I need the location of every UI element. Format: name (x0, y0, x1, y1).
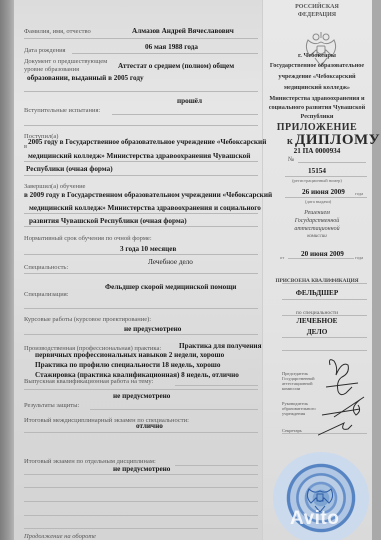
diploma-number: 21 ПА 0000934 (262, 147, 372, 155)
final-exam-value: отлично (136, 422, 163, 430)
divider (24, 501, 258, 502)
decision-date-suffix: года (355, 254, 363, 262)
coursework-label: Курсовые работы (курсовое проектирование… (24, 316, 151, 324)
decision-from: от (280, 254, 284, 262)
issue-date-caption: (дата выдачи) (305, 198, 331, 206)
institution-line-2: учреждение «Чебоксарский (262, 73, 372, 81)
specialty-value-right-1: ЛЕЧЕБНОЕ (262, 317, 372, 325)
divider (24, 308, 258, 309)
specialty-label: Специальность: (24, 264, 68, 272)
practice-value-1: Практика для получения (179, 342, 261, 350)
divider (24, 91, 258, 92)
practice-value-2: первичных профессиональных навыков 2 нед… (35, 351, 224, 359)
divider (24, 432, 258, 433)
divider (288, 258, 354, 259)
divider (282, 350, 367, 351)
city: г. Чебоксары (262, 52, 372, 60)
entrance-label: Вступительные испытания: (24, 107, 100, 115)
decision-date: 20 июня 2009 (301, 250, 344, 258)
divider (24, 334, 258, 335)
avito-watermark: Avito (290, 508, 339, 530)
head-line-3: учреждения (282, 411, 305, 416)
divider (175, 385, 258, 386)
enrolled-prefix: в (24, 143, 27, 151)
divider (72, 53, 258, 54)
number-sign: № (288, 156, 294, 164)
issue-date: 26 июня 2009 (302, 188, 345, 196)
decision-line-2: Государственной (262, 217, 372, 225)
full-name-value: Алмазов Андрей Вячеславович (132, 27, 234, 35)
reg-number: 15154 (262, 167, 372, 175)
divider (24, 125, 258, 126)
enrolled-value-1: 2005 году в Государственное образователь… (28, 138, 266, 146)
institution-line-4: Министерства здравоохранения и (262, 95, 372, 103)
divider (24, 213, 258, 214)
duration-label: Нормативный срок обучения по очной форме… (24, 235, 152, 243)
country-line-2: ФЕДЕРАЦИЯ (287, 11, 347, 19)
chair-line-4: комиссии (282, 386, 300, 391)
specialization-value: Фельдшер скорой медицинской помощи (105, 283, 236, 291)
reg-number-caption: (регистрационный номер) (262, 177, 372, 185)
decision-line-4: комиссии (262, 233, 372, 241)
divider (90, 409, 258, 410)
book-binding (0, 0, 14, 540)
divider (24, 487, 258, 488)
specialization-label: Специализация: (24, 291, 69, 299)
institution-line-5: социального развития Чувашской (262, 104, 372, 112)
divider (24, 528, 258, 529)
prior-doc-label-2: уровне образования (24, 66, 79, 74)
completed-value-1: в 2009 году в Государственном образовате… (24, 191, 272, 199)
institution-line-1: Государственное образовательное (262, 62, 372, 70)
divider (175, 465, 258, 466)
defense-label: Результаты защиты: (24, 402, 79, 410)
institution-line-3: медицинский колледж» (262, 84, 372, 92)
prior-doc-value-1: Аттестат о среднем (полном) общем (118, 62, 234, 70)
thesis-label: Выпускная квалификационная работа на тем… (24, 378, 153, 386)
separate-exam-value: не предусмотрено (113, 465, 170, 473)
decision-line-1: Решением (262, 209, 372, 217)
specialty-value: Лечебное дело (148, 258, 193, 266)
divider (24, 254, 258, 255)
divider (282, 299, 367, 300)
divider (24, 515, 258, 516)
divider (282, 315, 367, 316)
divider (24, 38, 258, 39)
completed-label: Завершил(а) обучение (24, 183, 85, 191)
divider (24, 389, 258, 390)
divider (24, 226, 258, 227)
coursework-value: не предусмотрено (124, 325, 181, 333)
birth-date-label: Дата рождения (24, 47, 66, 55)
divider (24, 273, 258, 274)
continued-label: Продолжение на обороте (24, 533, 96, 540)
institution-line-6: Республики (262, 113, 372, 121)
title-prefix: к (287, 138, 293, 146)
divider (282, 283, 367, 284)
divider (282, 337, 367, 338)
divider (24, 474, 258, 475)
prior-doc-label-1: Документ о предшествующем (24, 58, 107, 66)
divider (112, 114, 258, 115)
full-name-label: Фамилия, имя, отчество (24, 28, 91, 36)
divider (24, 175, 258, 176)
enrolled-value-3: Республики (очная форма) (26, 165, 113, 173)
country-line-1: РОССИЙСКАЯ (287, 3, 347, 11)
prior-doc-value-2: образовании, выданный в 2005 году (27, 74, 144, 82)
completed-value-3: развития Чувашской Республики (очная фор… (29, 217, 187, 225)
final-exam-label: Итоговый междисциплинарный экзамен по сп… (24, 417, 189, 425)
decision-line-3: аттестационной (262, 225, 372, 233)
qualification-value: ФЕЛЬДШЕР (262, 289, 372, 297)
practice-value-3: Практика по профилю специальности 18 нед… (35, 361, 220, 369)
completed-value-2: медицинский колледж» Министерства здраво… (29, 204, 261, 212)
prior-doc-note: прошёл (177, 97, 202, 105)
birth-date-value: 06 мая 1988 года (145, 43, 198, 51)
divider (24, 161, 258, 162)
duration-value: 3 года 10 месяцев (120, 245, 176, 253)
divider (298, 162, 366, 163)
thesis-value: не предусмотрено (113, 392, 170, 400)
signatures-icon (318, 357, 376, 437)
page-edge (372, 0, 381, 540)
specialty-value-right-2: ДЕЛО (262, 328, 372, 336)
enrolled-value-2: медицинский колледж» Министерства здраво… (28, 152, 250, 160)
